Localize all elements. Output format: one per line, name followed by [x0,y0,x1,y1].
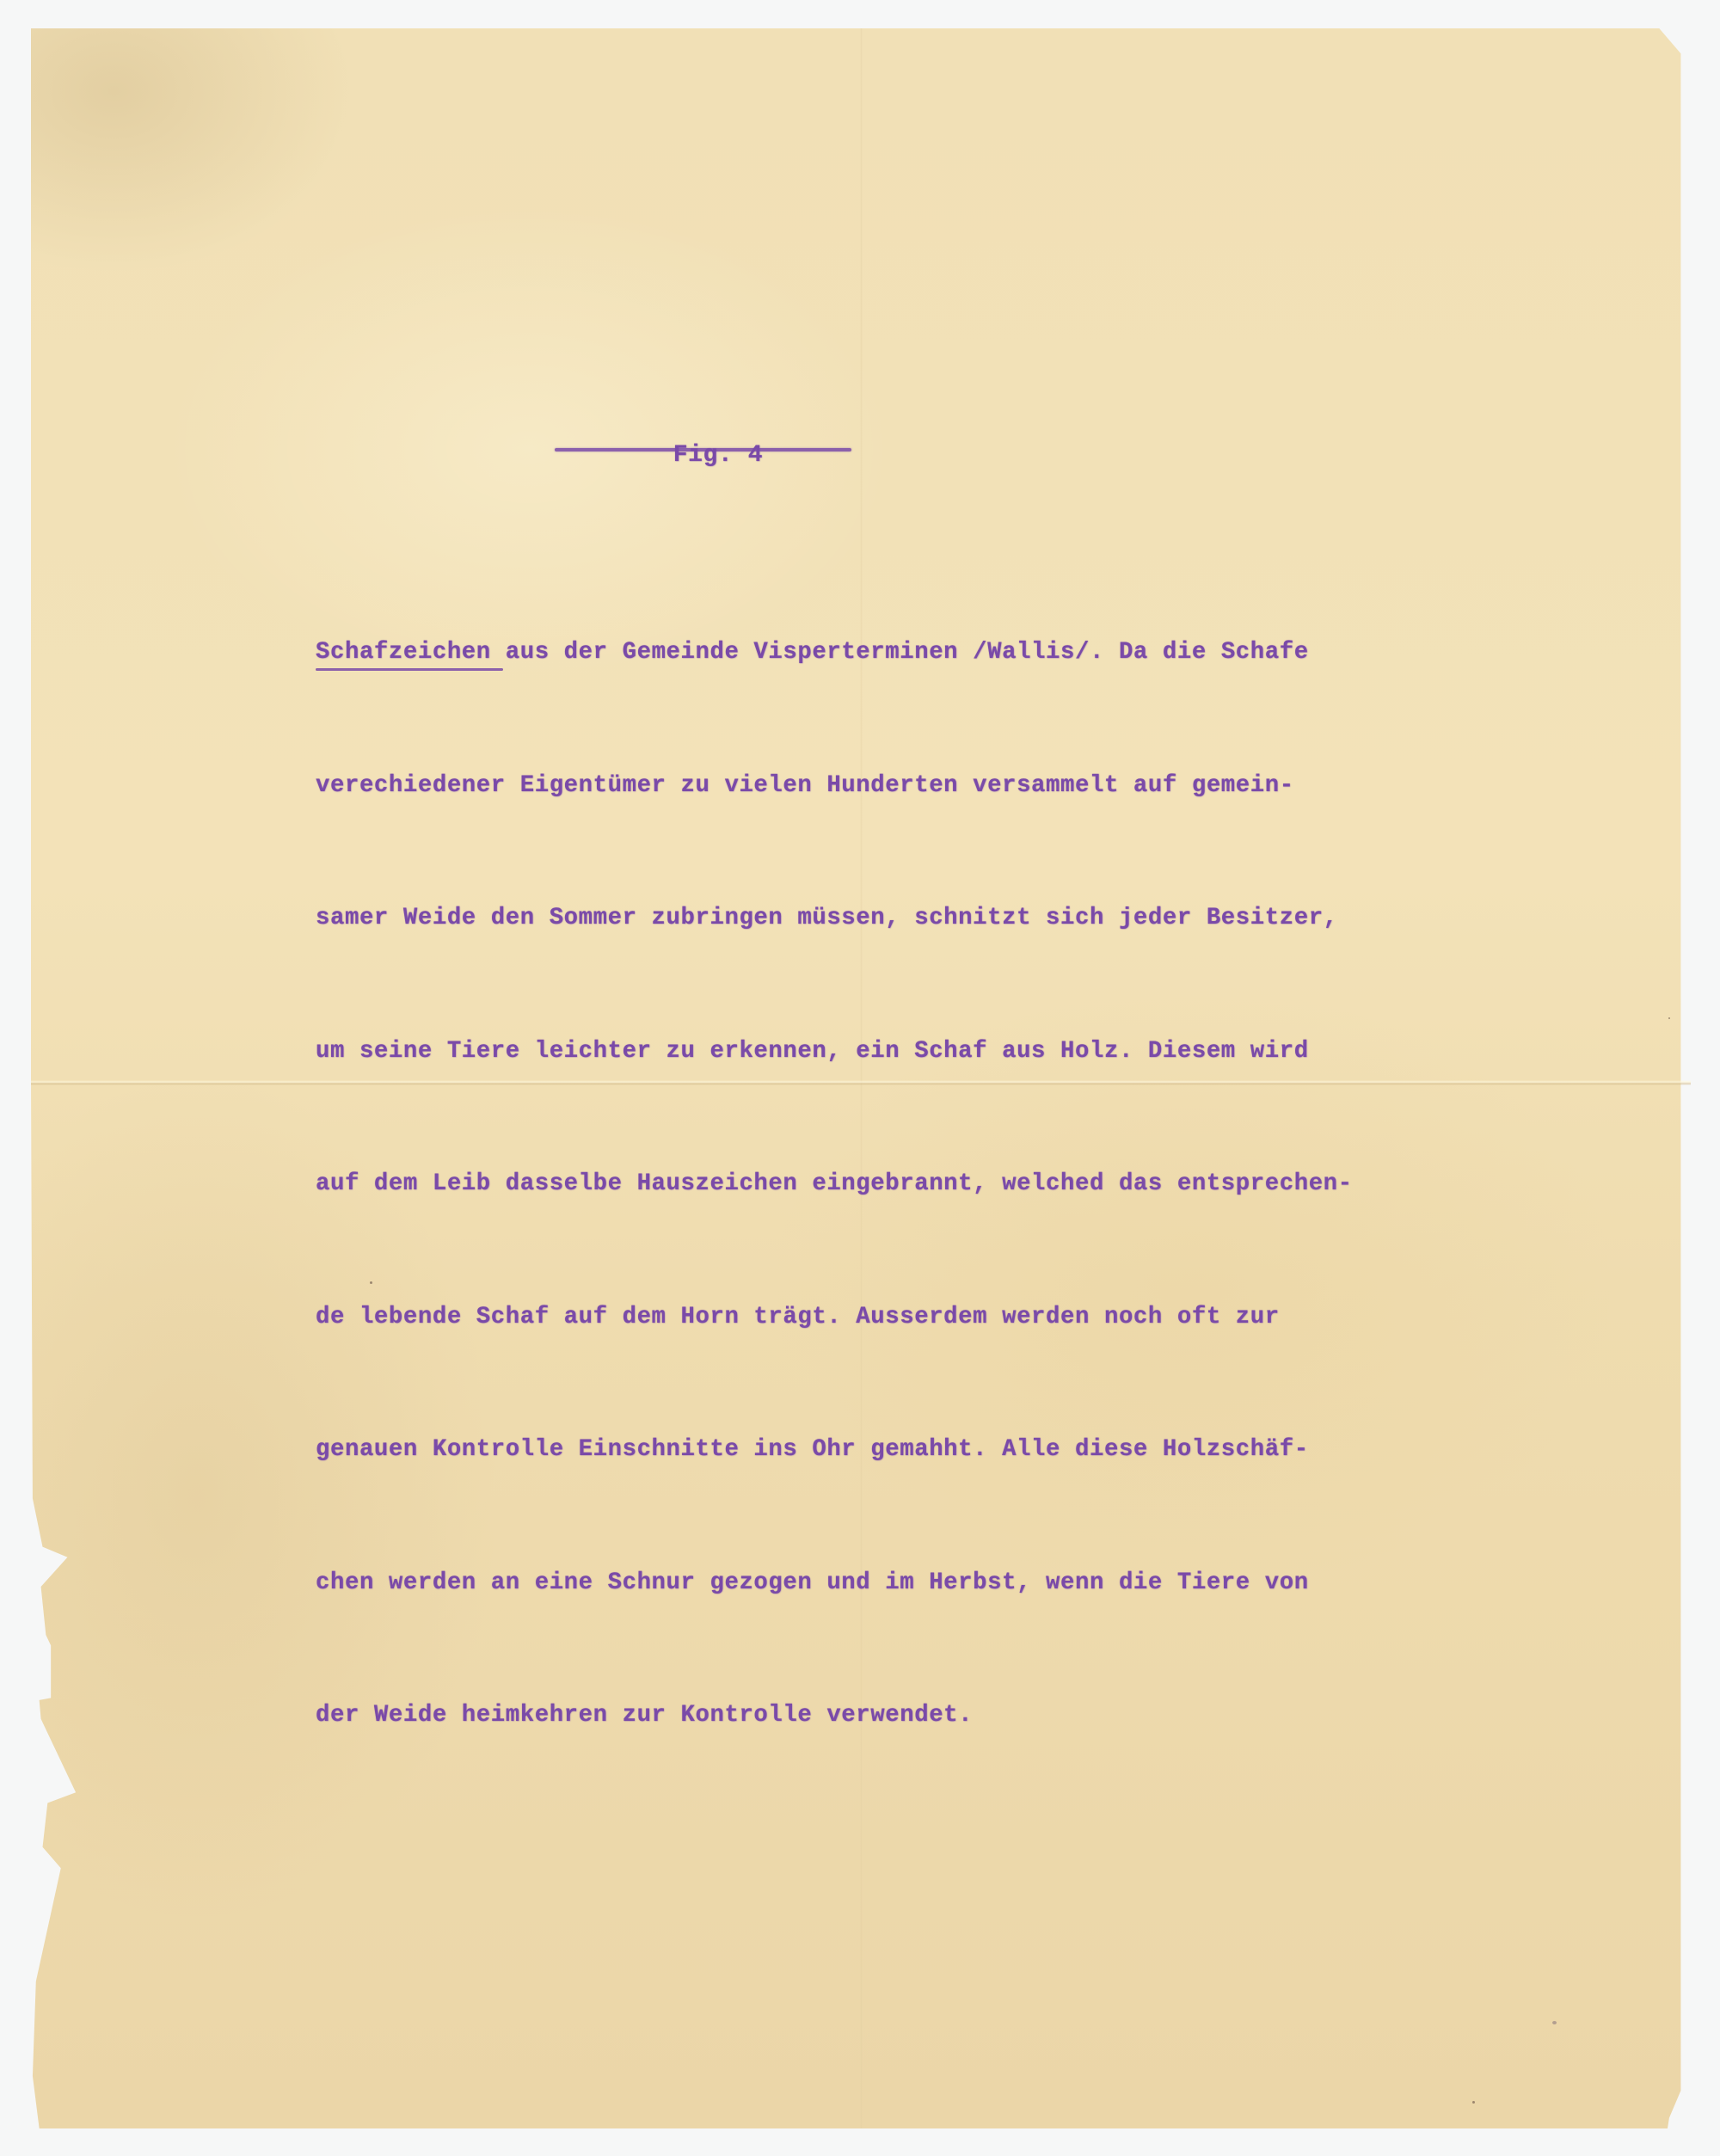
paper-speck [1472,2101,1475,2104]
figure-caption-paragraph: Schafzeichen aus der Gemeinde Visperterm… [316,542,1353,1782]
caption-line-5: auf dem Leib dasselbe Hauszeichen eingeb… [316,1162,1353,1207]
lead-word-underline [316,668,503,671]
caption-line-7: genauen Kontrolle Einschnitte ins Ohr ge… [316,1428,1353,1472]
caption-line-3: samer Weide den Sommer zubringen müssen,… [316,896,1353,941]
caption-line-1: Schafzeichen aus der Gemeinde Visperterm… [316,630,1353,675]
caption-line-9: der Weide heimkehren zur Kontrolle verwe… [316,1693,1353,1738]
caption-line-1-text: aus der Gemeinde Visperterminen /Wallis/… [491,639,1309,666]
figure-heading-text: Fig. 4 [673,442,763,469]
caption-line-8: chen werden an eine Schnur gezogen und i… [316,1561,1353,1606]
figure-heading: Fig. 4 [555,415,851,469]
paper-speck [1552,2021,1557,2024]
caption-line-6: de lebende Schaf auf dem Horn trägt. Aus… [316,1295,1353,1340]
caption-line-4: um seine Tiere leichter zu erkennen, ein… [316,1029,1353,1074]
caption-line-2: verechiedener Eigentümer zu vielen Hunde… [316,764,1353,808]
caption-lead-word: Schafzeichen [316,639,491,666]
paper-speck [1668,1017,1670,1019]
lead-word-text: Schafzeichen [316,639,491,666]
figure-heading-underline [555,448,851,451]
